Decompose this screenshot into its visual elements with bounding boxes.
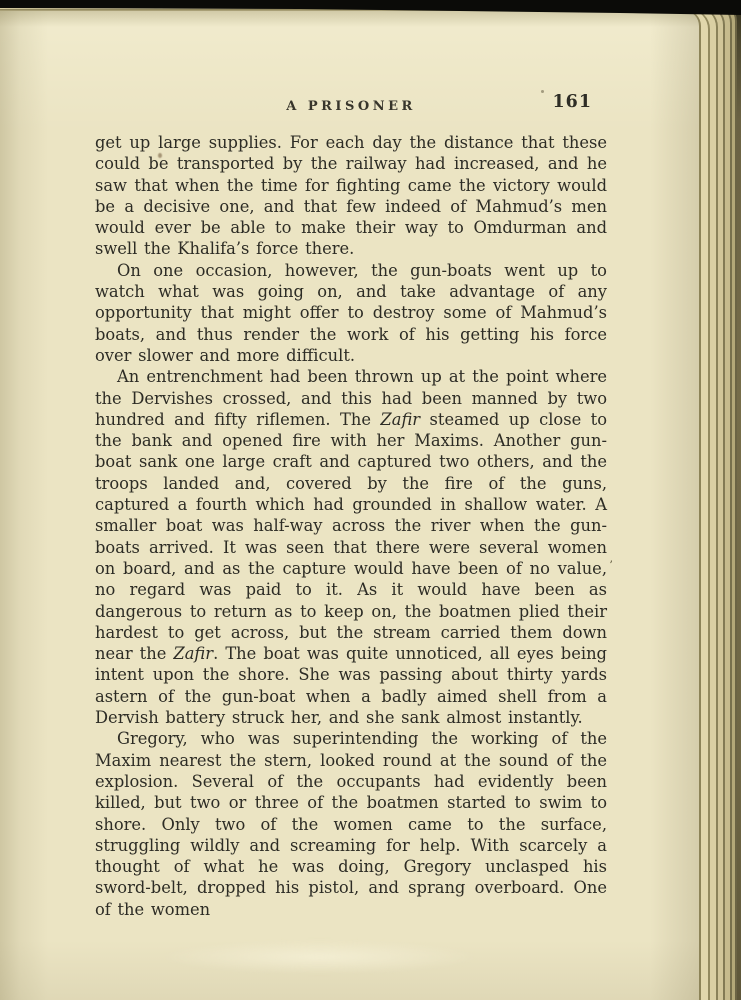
book-page: A PRISONER 161 get up large supplies. Fo… [0,10,701,1000]
scanned-book-photo: A PRISONER 161 get up large supplies. Fo… [0,0,741,1000]
page-header: A PRISONER 161 [95,95,607,115]
paragraph: get up large supplies. For each day the … [95,132,607,260]
page-body-text: get up large supplies. For each day the … [95,132,607,920]
page-sheen-artifact [120,936,519,978]
running-head: A PRISONER [286,99,416,114]
margin-mark-artifact: ʼ [609,559,613,572]
paragraph: An entrenchment had been thrown up at th… [95,366,607,728]
page-text-block: A PRISONER 161 get up large supplies. Fo… [95,95,607,920]
page-number: 161 [552,92,592,112]
ink-smudge-artifact [158,153,162,158]
dust-speck-artifact [541,90,544,93]
paragraph: On one occasion, however, the gun-boats … [95,260,607,366]
paragraph: Gregory, who was superintending the work… [95,728,607,920]
